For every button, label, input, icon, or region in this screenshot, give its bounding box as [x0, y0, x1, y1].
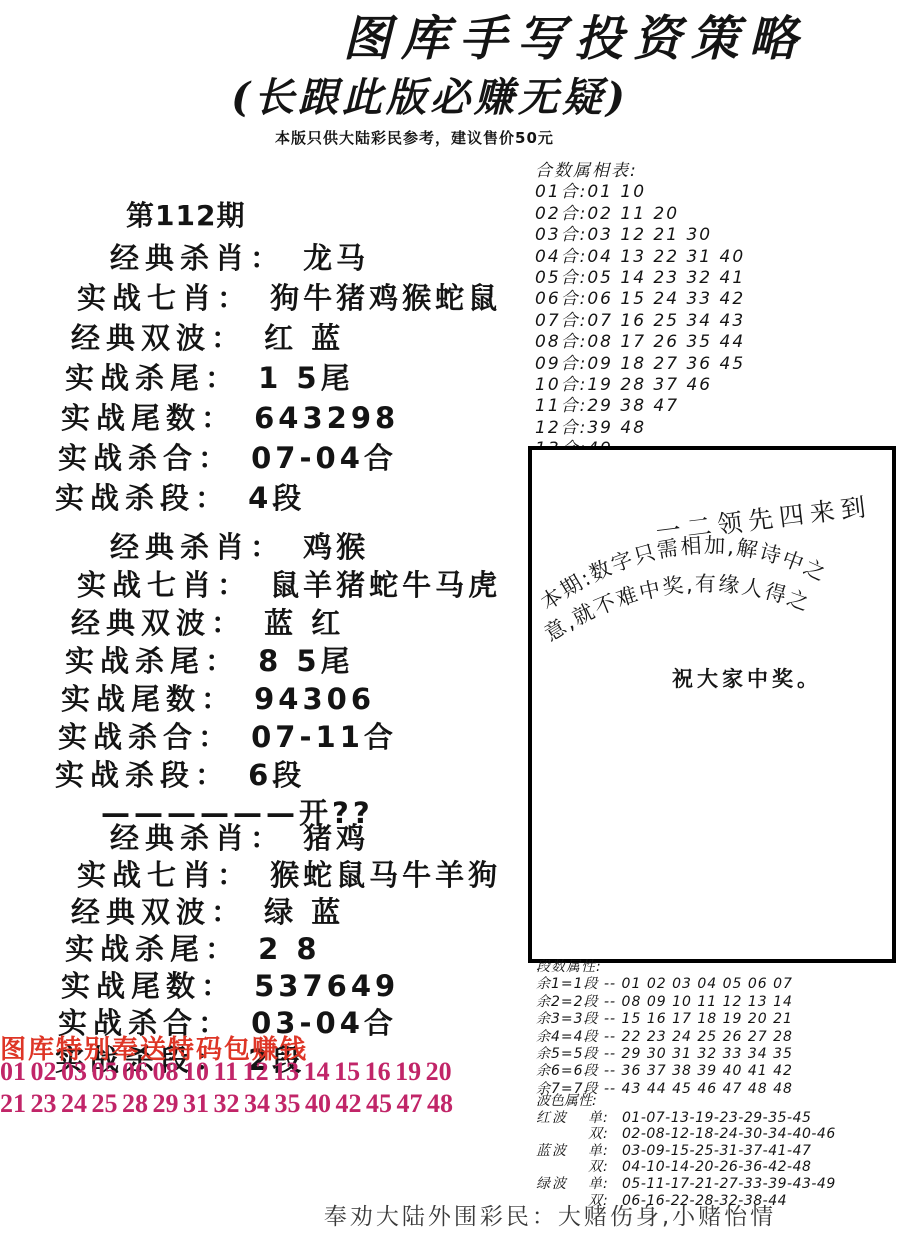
- prediction-label: 实战杀尾：: [65, 644, 240, 678]
- wave-numbers: 01-07-13-19-23-29-35-45: [622, 1110, 811, 1126]
- prediction-line: 实战杀合： 07-11合: [55, 718, 540, 756]
- prediction-line: 经典杀肖： 猪鸡: [55, 820, 540, 857]
- prediction-label: 经典双波：: [71, 606, 246, 640]
- segment-table: 段数属性: 余1=1段 -- 01 02 03 04 05 06 07 余2=2…: [536, 959, 896, 1098]
- wave-color-row: 绿波单:05-11-17-21-27-33-39-43-49: [536, 1176, 900, 1193]
- prediction-value: 红 蓝: [264, 321, 344, 355]
- prediction-block-1: 经典杀肖： 龙马 实战七肖： 狗牛猪鸡猴蛇鼠 经典双波： 红 蓝 实战杀尾： 1…: [55, 238, 540, 518]
- prediction-value: 鼠羊猪蛇牛马虎: [270, 568, 501, 602]
- prediction-line: 经典杀肖： 鸡猴: [55, 528, 540, 566]
- prediction-label: 经典杀肖：: [110, 241, 285, 275]
- sum-table-row: 02合:02 11 20: [535, 204, 895, 225]
- wave-name: 绿波: [536, 1176, 588, 1193]
- sum-table-row: 09合:09 18 27 36 45: [535, 354, 895, 375]
- segment-table-row: 余1=1段 -- 01 02 03 04 05 06 07: [536, 976, 896, 993]
- price-note: 本版只供大陆彩民参考，建议售价50元: [275, 127, 535, 148]
- prediction-line: 实战尾数： 537649: [55, 968, 540, 1005]
- sum-table-rows: 01合:01 10 02合:02 11 20 03合:03 12 21 30 0…: [535, 182, 895, 460]
- prediction-label: 实战杀尾：: [65, 932, 240, 966]
- prediction-label: 经典杀肖：: [110, 821, 285, 855]
- segment-table-rows: 余1=1段 -- 01 02 03 04 05 06 07 余2=2段 -- 0…: [536, 976, 896, 1098]
- prediction-line: 实战杀尾： 8 5尾: [55, 642, 540, 680]
- wave-color-title: 波色属性:: [536, 1093, 900, 1110]
- page-title: 图库手写投资策略: [310, 0, 840, 69]
- wave-color-row: 双:02-08-12-18-24-30-34-40-46: [536, 1126, 900, 1143]
- prediction-value: 猴蛇鼠马牛羊狗: [270, 858, 501, 892]
- prediction-label: 实战杀段：: [55, 758, 230, 792]
- prediction-line: 实战七肖： 鼠羊猪蛇牛马虎: [55, 566, 540, 604]
- prediction-value: 07-11合: [251, 720, 397, 754]
- prediction-line: 实战七肖： 狗牛猪鸡猴蛇鼠: [55, 278, 540, 318]
- prediction-value: 4段: [248, 481, 305, 515]
- prediction-value: 07-04合: [251, 441, 397, 475]
- sum-table-row: 05合:05 14 23 32 41: [535, 268, 895, 289]
- prediction-label: 实战尾数：: [61, 401, 236, 435]
- prediction-line: 经典双波： 绿 蓝: [55, 894, 540, 931]
- prediction-value: 猪鸡: [303, 821, 369, 855]
- sum-table-row: 06合:06 15 24 33 42: [535, 289, 895, 310]
- prediction-label: 实战杀尾：: [65, 361, 240, 395]
- prediction-label: 实战尾数：: [61, 969, 236, 1003]
- prediction-line: 实战杀合： 07-04合: [55, 438, 540, 478]
- special-numbers-line-2: 21 23 24 25 28 29 31 32 34 35 40 42 45 4…: [0, 1088, 530, 1120]
- prediction-label: 实战杀合：: [58, 441, 233, 475]
- prediction-line: 实战杀段： 6段: [55, 756, 540, 794]
- segment-table-row: 余2=2段 -- 08 09 10 11 12 13 14: [536, 994, 896, 1011]
- prediction-line: 实战杀尾： 2 8: [55, 931, 540, 968]
- wave-parity: 双:: [588, 1126, 622, 1143]
- prediction-line: 经典双波： 红 蓝: [55, 318, 540, 358]
- prediction-block-2: 经典杀肖： 鸡猴 实战七肖： 鼠羊猪蛇牛马虎 经典双波： 蓝 红 实战杀尾： 8…: [55, 528, 540, 832]
- prediction-value: 643298: [254, 401, 399, 435]
- prediction-line: 实战尾数： 94306: [55, 680, 540, 718]
- sum-table-row: 12合:39 48: [535, 418, 895, 439]
- prediction-value: 狗牛猪鸡猴蛇鼠: [270, 281, 501, 315]
- prediction-label: 实战七肖：: [77, 858, 252, 892]
- prediction-value: 鸡猴: [303, 530, 369, 564]
- prediction-value: 蓝 红: [264, 606, 344, 640]
- sum-table-row: 08合:08 17 26 35 44: [535, 332, 895, 353]
- prediction-value: 6段: [248, 758, 305, 792]
- prediction-line: 实战杀段： 4段: [55, 478, 540, 518]
- prediction-value: 537649: [254, 969, 399, 1003]
- tip-sheet-page: 图库手写投资策略 (长跟此版必赚无疑) 本版只供大陆彩民参考，建议售价50元 第…: [0, 0, 900, 1241]
- wave-parity: 单:: [588, 1110, 622, 1127]
- prediction-value: 8 5尾: [258, 644, 353, 678]
- prediction-label: 经典杀肖：: [110, 530, 285, 564]
- sum-table-row: 04合:04 13 22 31 40: [535, 247, 895, 268]
- prediction-label: 实战尾数：: [61, 682, 236, 716]
- prediction-label: 经典双波：: [71, 895, 246, 929]
- page-subtitle: (长跟此版必赚无疑): [185, 66, 675, 123]
- wave-parity: 单:: [588, 1176, 622, 1193]
- sum-mapping-table: 合数属相表: 01合:01 10 02合:02 11 20 03合:03 12 …: [535, 161, 895, 461]
- poem-closing: 祝大家中奖。: [672, 667, 822, 691]
- prediction-line: 实战杀尾： 1 5尾: [55, 358, 540, 398]
- prediction-label: 经典双波：: [71, 321, 246, 355]
- wave-numbers: 04-10-14-20-26-36-42-48: [622, 1159, 811, 1175]
- prediction-label: 实战杀段：: [55, 481, 230, 515]
- special-numbers-line-1: 01 02 03 05 06 08 10 11 12 13 14 15 16 1…: [0, 1056, 530, 1088]
- sum-table-row: 07合:07 16 25 34 43: [535, 311, 895, 332]
- footer-warning: 奉劝大陆外围彩民：大赌伤身,小赌怡情: [200, 1198, 900, 1231]
- prediction-label: 实战七肖：: [77, 281, 252, 315]
- prediction-value: 绿 蓝: [264, 895, 344, 929]
- sum-table-row: 11合:29 38 47: [535, 396, 895, 417]
- prediction-line: 实战七肖： 猴蛇鼠马牛羊狗: [55, 857, 540, 894]
- poem-box: 一二领先四来到 本期:数字只需相加,解诗中之 意,就不难中奖,有缘人得之 祝大家…: [528, 446, 896, 963]
- wave-color-row: 蓝波单:03-09-15-25-31-37-41-47: [536, 1143, 900, 1160]
- wave-numbers: 03-09-15-25-31-37-41-47: [622, 1143, 811, 1159]
- wave-numbers: 05-11-17-21-27-33-39-43-49: [622, 1176, 836, 1192]
- prediction-line: 经典双波： 蓝 红: [55, 604, 540, 642]
- prediction-value: 1 5尾: [258, 361, 353, 395]
- sum-table-row: 03合:03 12 21 30: [535, 225, 895, 246]
- prediction-label: 实战七肖：: [77, 568, 252, 602]
- segment-table-row: 余5=5段 -- 29 30 31 32 33 34 35: [536, 1046, 896, 1063]
- sum-table-row: 10合:19 28 37 46: [535, 375, 895, 396]
- prediction-value: 龙马: [303, 241, 369, 275]
- prediction-value: 2 8: [258, 932, 320, 966]
- wave-numbers: 02-08-12-18-24-30-34-40-46: [622, 1126, 836, 1142]
- prediction-label: 实战杀合：: [58, 720, 233, 754]
- sum-table-title: 合数属相表:: [535, 161, 895, 182]
- segment-table-row: 余6=6段 -- 36 37 38 39 40 41 42: [536, 1063, 896, 1080]
- issue-label: 第112期: [126, 194, 245, 234]
- prediction-value: 94306: [254, 682, 375, 716]
- special-numbers: 01 02 03 05 06 08 10 11 12 13 14 15 16 1…: [0, 1056, 530, 1120]
- wave-color-table: 波色属性: 红波单:01-07-13-19-23-29-35-45 双:02-0…: [536, 1093, 900, 1209]
- sum-table-row: 01合:01 10: [535, 182, 895, 203]
- wave-parity: 单:: [588, 1143, 622, 1160]
- wave-name: 红波: [536, 1110, 588, 1127]
- wave-name: 蓝波: [536, 1143, 588, 1160]
- segment-table-row: 余3=3段 -- 15 16 17 18 19 20 21: [536, 1011, 896, 1028]
- segment-table-title: 段数属性:: [536, 959, 896, 976]
- wave-color-rows: 红波单:01-07-13-19-23-29-35-45 双:02-08-12-1…: [536, 1110, 900, 1210]
- prediction-line: 经典杀肖： 龙马: [55, 238, 540, 278]
- wave-color-row: 红波单:01-07-13-19-23-29-35-45: [536, 1110, 900, 1127]
- wave-parity: 双:: [588, 1159, 622, 1176]
- segment-table-row: 余4=4段 -- 22 23 24 25 26 27 28: [536, 1029, 896, 1046]
- prediction-line: 实战尾数： 643298: [55, 398, 540, 438]
- wave-color-row: 双:04-10-14-20-26-36-42-48: [536, 1159, 900, 1176]
